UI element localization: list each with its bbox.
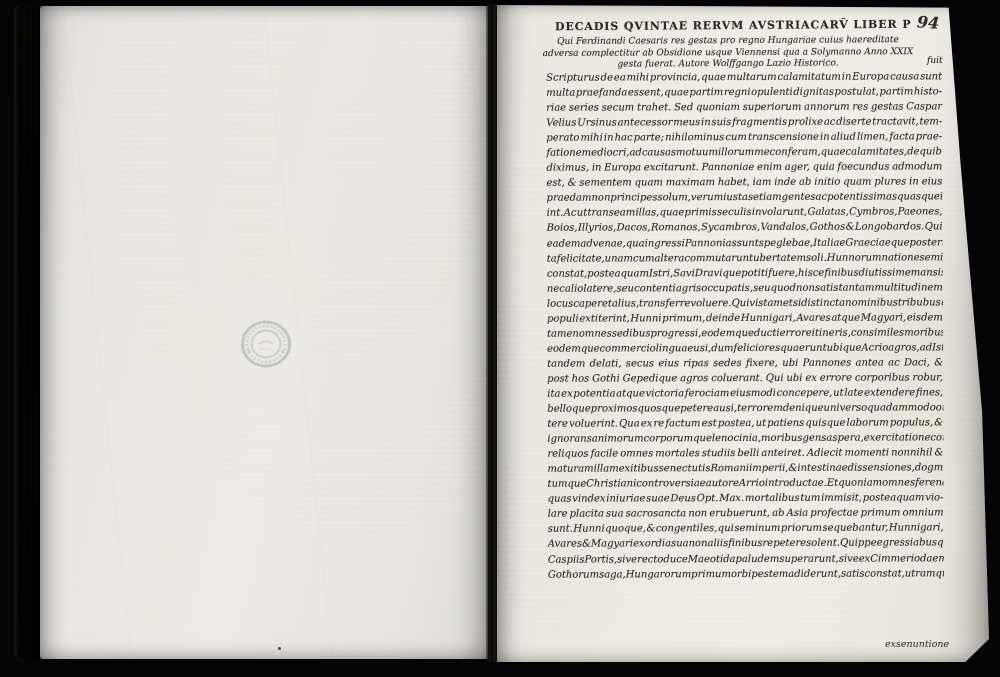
catchword: exsenuntione <box>885 639 949 650</box>
body-line: VeliusUrsinusantecessormeusinsuisfragmen… <box>546 116 942 132</box>
body-line: est,&sementemquammaximamhabet,iamindeabi… <box>546 177 942 193</box>
folio-number: 94 <box>916 12 940 33</box>
manuscript-scan: DECADIS QVINTAE RERVM AVSTRIACARV̄ LIBER… <box>0 0 1000 677</box>
body-line: riaeseriessecumtrahet.Sedquoniamsuperior… <box>546 101 942 117</box>
body-line: peratomihiinhacparte;nihilominuscumtrans… <box>546 131 942 147</box>
margin-note: fuit <box>927 56 943 66</box>
body-line: itaexpotentiaatquevictoriaferociameiusmo… <box>547 387 943 403</box>
body-line: diximus,inEuropaexcitarunt.Pannoniaeenim… <box>546 162 942 178</box>
body-line: eademadvenae,quaingressiPannoniassuntspe… <box>547 237 943 253</box>
body-text: Scripturusdeeamihiprovincia,quaemultarum… <box>546 71 944 584</box>
body-line: int.Acuttranseamillas,quaeprimisseculisi… <box>547 207 943 223</box>
body-line: fationemediocri,adcausasmotuumillorummec… <box>546 147 942 163</box>
body-line: Boios,Illyrios,Dacos,Romanos,Sycambros,V… <box>547 222 943 238</box>
binding-gutter-shadow <box>486 4 497 662</box>
library-stamp-icon <box>239 318 293 370</box>
page-title: DECADIS QVINTAE RERVM AVSTRIACARV̄ LIBER… <box>555 18 911 33</box>
body-line: terevoluerint.Quaexrefactumestpostea,utp… <box>547 417 943 433</box>
body-line: Gothorumsaga,Hungarorumprimumorbipestema… <box>548 568 944 584</box>
body-line: tumqueChristianicontroversiaeautoreArrio… <box>548 478 944 494</box>
left-blank-page <box>40 6 488 659</box>
body-line: Avares&Magyariexordiasuanonaliisfinibusr… <box>548 538 944 554</box>
book-fore-edge <box>14 5 42 661</box>
body-line: locuscaperetalius,transferrevoluere.Quiv… <box>547 297 943 313</box>
body-line: populiextiterint,Hunniprimum,deindeHunni… <box>547 312 943 328</box>
ink-speck <box>278 647 281 650</box>
body-line: Scripturusdeeamihiprovincia,quaemultarum… <box>546 71 942 87</box>
body-line: multapraefandaessent,quaepartimregniopul… <box>546 86 942 102</box>
body-line: tandemdelati,secuseiusripassedesfixere,u… <box>547 357 943 373</box>
body-line: ignoransanimorumcorporumquelenocinia,mor… <box>547 432 943 448</box>
body-line: posthosGothiGepediqueagroscoluerant.Quiu… <box>547 372 943 388</box>
body-line: tamenomnessedibusprogressi,eodemqueducti… <box>547 327 943 343</box>
body-line: belloqueproximosquosquepetereausi,terror… <box>547 402 943 418</box>
body-line: eodemquecommerciolinguaeusi,dumfeliciore… <box>547 342 943 358</box>
body-line: necaliolatere,seucontentiagrisoccupatis,… <box>547 282 943 298</box>
body-line: lareplacitasuasacrosanctanonerubuerunt,a… <box>548 508 944 524</box>
chapter-subtitle: Qui Ferdinandi Caesaris res gestas pro r… <box>541 35 915 72</box>
body-line: tafelicitate,unamcumalteracommutaruntube… <box>547 252 943 268</box>
body-line: praedamnonprincipessolum,verumiustasetia… <box>547 192 943 208</box>
body-line: sunt.Hunniquoque,&congentiles,quiseminum… <box>548 523 944 539</box>
body-line: reliquosfacileomnesmortalesstudiisbellia… <box>547 447 943 463</box>
body-line: CaspiisPortis,siverectoduceMaeotidapalud… <box>548 553 944 569</box>
body-line: maturamillamexitibussenectutisRomaniimpe… <box>547 463 943 479</box>
subtitle-line: gesta fuerat. Autore Wolffgango Lazio Hi… <box>541 58 915 72</box>
body-line: constat,posteaquamIstri,SaviDraviquepoti… <box>547 267 943 283</box>
body-line: quasvindexiniuriaesuaeDeusOpt.Max.mortal… <box>548 493 944 509</box>
right-manuscript-page: DECADIS QVINTAE RERVM AVSTRIACARV̄ LIBER… <box>497 5 989 662</box>
